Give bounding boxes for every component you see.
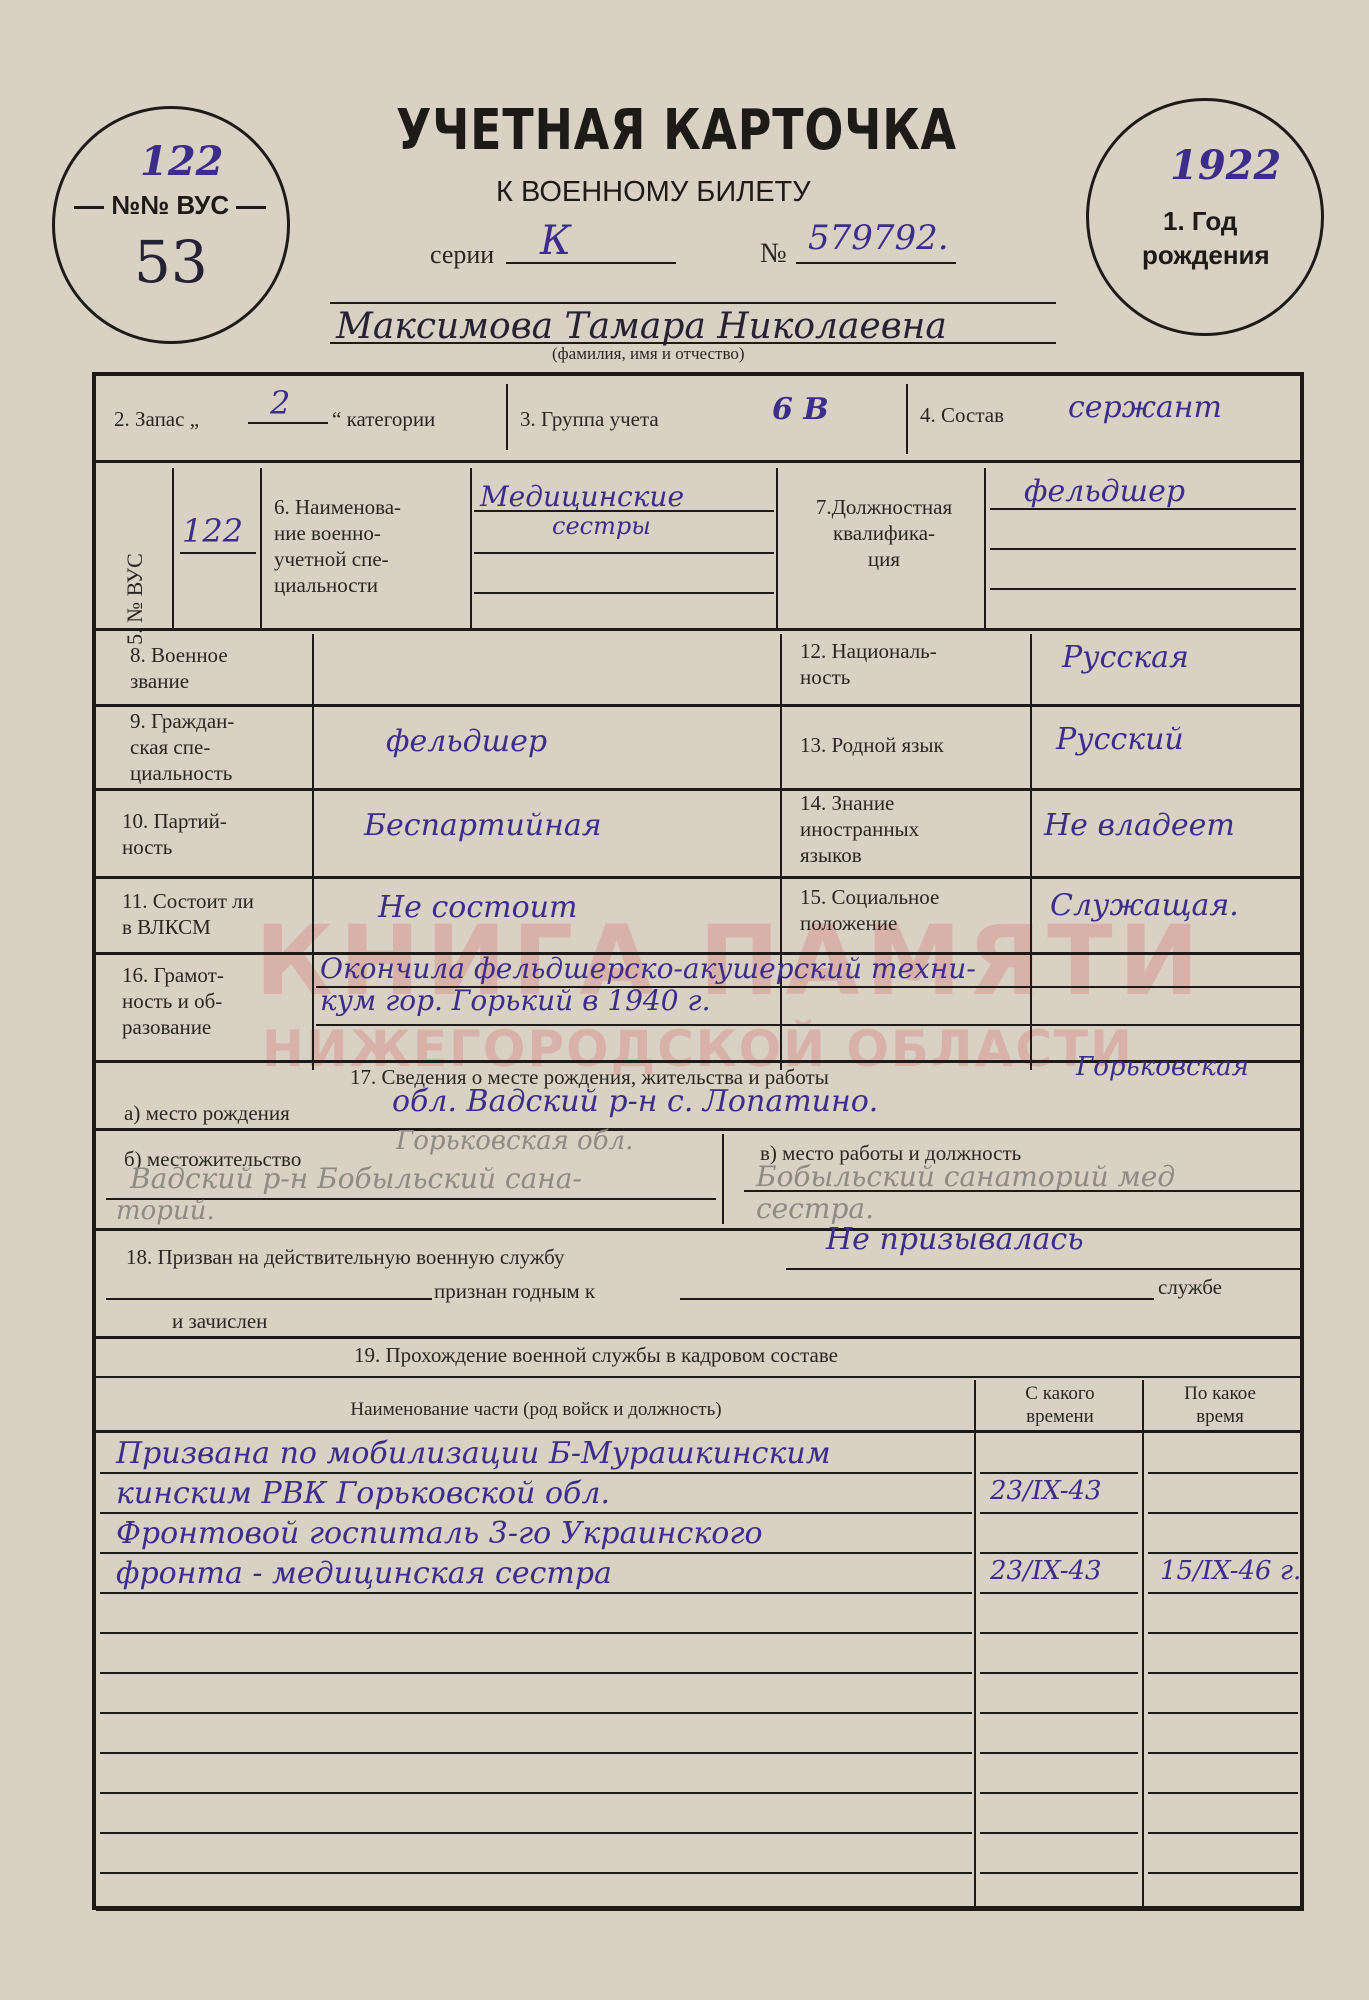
civil-specialty-label: 9. Граждан- ская спе- циальность xyxy=(130,708,234,786)
row-divider xyxy=(96,460,1300,463)
row-line xyxy=(980,1552,1138,1554)
job-label-line: квалифика- xyxy=(784,520,984,546)
reserve-underline xyxy=(248,422,328,424)
row-line xyxy=(1148,1632,1298,1634)
specialty-label-line: циальности xyxy=(274,572,401,598)
social-status-label: 15. Социальное положение xyxy=(800,884,939,936)
residence-value-1: Горьковская обл. xyxy=(396,1126,633,1156)
specialty-label-line: ние военно- xyxy=(274,520,401,546)
row-line xyxy=(100,1712,972,1714)
divider xyxy=(906,384,908,454)
row-line xyxy=(100,1752,972,1754)
education-label: 16. Грамот- ность и об- разование xyxy=(122,962,224,1040)
row-divider xyxy=(96,628,1300,631)
divider xyxy=(506,384,508,450)
job-label-line: ция xyxy=(784,546,984,572)
row-divider xyxy=(96,1336,1300,1339)
work-value-1: Бобыльский санаторий мед xyxy=(756,1160,1175,1193)
called-up-label: 18. Призван на действительную военную сл… xyxy=(126,1244,565,1270)
nationality-label-line: 12. Националь- xyxy=(800,638,937,664)
birthplace-value-2: обл. Вадский р-н с. Лопатино. xyxy=(392,1084,878,1119)
service-label: службе xyxy=(1158,1274,1222,1300)
party-label-line: ность xyxy=(122,834,227,860)
civil-label-line: ская спе- xyxy=(130,734,234,760)
number-underline xyxy=(796,262,956,264)
composition-value: сержант xyxy=(1068,390,1222,425)
birthplace-label: а) место рождения xyxy=(124,1100,290,1126)
composition-label: 4. Состав xyxy=(920,402,1004,428)
full-name-caption: (фамилия, имя и отчество) xyxy=(552,344,745,364)
divider xyxy=(1030,634,1032,1070)
civil-label-line: циальность xyxy=(130,760,234,786)
divider xyxy=(776,468,778,628)
birth-year-value: 1922 xyxy=(1170,142,1281,189)
vus-underline xyxy=(180,552,256,554)
row-line xyxy=(1148,1712,1298,1714)
row-line xyxy=(1148,1472,1298,1474)
column-header-from: С какого времени xyxy=(1000,1382,1120,1428)
service-from: 23/IX-43 xyxy=(990,1476,1102,1506)
row-line xyxy=(980,1512,1138,1514)
foreign-label-line: иностранных xyxy=(800,816,919,842)
divider xyxy=(780,634,782,1070)
specialty-name-label: 6. Наименова- ние военно- учетной спе- ц… xyxy=(274,494,401,598)
party-label: 10. Партий- ность xyxy=(122,808,227,860)
table-bottom-border xyxy=(96,1906,1304,1911)
vus-circle-top-value: 122 xyxy=(140,138,224,185)
residence-value-3: торий. xyxy=(116,1196,215,1226)
row-line xyxy=(980,1472,1138,1474)
specialty-label-line: учетной спе- xyxy=(274,546,401,572)
row-divider xyxy=(96,704,1300,707)
civil-specialty-value: фельдшер xyxy=(386,724,547,759)
name-top-line xyxy=(330,302,1056,304)
row-line xyxy=(100,1552,972,1554)
party-value: Беспартийная xyxy=(364,808,602,843)
row-line xyxy=(100,1672,972,1674)
birthplace-value-1: Горьковская xyxy=(1076,1052,1249,1082)
vus-number-label: 5. № ВУС xyxy=(122,544,148,654)
civil-label-line: 9. Граждан- xyxy=(130,708,234,734)
nationality-label-line: ность xyxy=(800,664,937,690)
row-divider xyxy=(96,876,1300,879)
row-line xyxy=(100,1512,972,1514)
rank-label-line: звание xyxy=(130,668,228,694)
row-divider xyxy=(96,788,1300,791)
fit-line-right xyxy=(680,1298,1154,1300)
table-right-border xyxy=(1300,372,1304,1910)
komsomol-value: Не состоит xyxy=(378,890,577,925)
native-language-value: Русский xyxy=(1056,722,1184,757)
reserve-label-prefix: 2. Запас „ xyxy=(114,406,199,432)
column-header-to: По какое время xyxy=(1160,1382,1280,1428)
komsomol-label-line: 11. Состоит ли xyxy=(122,888,254,914)
reserve-value: 2 xyxy=(270,384,290,422)
specialty-line xyxy=(474,592,774,594)
fit-line-left xyxy=(106,1298,432,1300)
komsomol-label: 11. Состоит ли в ВЛКСМ xyxy=(122,888,254,940)
education-line xyxy=(316,1024,1300,1026)
row-line xyxy=(980,1672,1138,1674)
number-value: 579792. xyxy=(808,218,949,258)
divider xyxy=(312,956,314,1060)
row-line xyxy=(1148,1592,1298,1594)
row-divider xyxy=(96,1128,1300,1131)
service-from: 23/IX-43 xyxy=(990,1556,1102,1586)
education-label-line: ность и об- xyxy=(122,988,224,1014)
vus-circle-bottom-value: 53 xyxy=(134,228,208,296)
divider xyxy=(722,1134,724,1224)
row-line xyxy=(1148,1752,1298,1754)
row-line xyxy=(1148,1672,1298,1674)
table-left-border xyxy=(92,372,96,1910)
birth-year-label-2: рождения xyxy=(1142,240,1270,271)
specialty-label-line: 6. Наименова- xyxy=(274,494,401,520)
row-divider xyxy=(96,1228,1300,1231)
row-line xyxy=(100,1472,972,1474)
page-subtitle: К ВОЕННОМУ БИЛЕТУ xyxy=(496,176,811,209)
row-divider xyxy=(96,1376,1300,1378)
divider xyxy=(172,468,174,628)
service-unit: кинским РВК Горьковской обл. xyxy=(116,1476,610,1511)
social-label-line: положение xyxy=(800,910,939,936)
vus-circle-label: №№ ВУС xyxy=(74,190,266,221)
column-divider xyxy=(974,1380,976,1906)
row-line xyxy=(980,1832,1138,1834)
reserve-label-suffix: “ категории xyxy=(332,406,435,432)
divider xyxy=(260,468,262,628)
row-line xyxy=(1148,1832,1298,1834)
specialty-name-value-2: сестры xyxy=(552,512,651,540)
row-line xyxy=(980,1712,1138,1714)
row-line xyxy=(980,1632,1138,1634)
foreign-languages-label: 14. Знание иностранных языков xyxy=(800,790,919,868)
foreign-label-line: 14. Знание xyxy=(800,790,919,816)
job-line xyxy=(990,508,1296,510)
row-line xyxy=(100,1632,972,1634)
row-line xyxy=(1148,1552,1298,1554)
job-line xyxy=(990,548,1296,550)
series-value: К xyxy=(540,218,571,264)
residence-value-2: Вадский р-н Бобыльский сана- xyxy=(130,1162,582,1195)
party-label-line: 10. Партий- xyxy=(122,808,227,834)
foreign-languages-value: Не владеет xyxy=(1044,808,1235,843)
row-line xyxy=(980,1872,1138,1874)
fit-label: признан годным к xyxy=(434,1278,595,1304)
page-title: УЧЕТНАЯ КАРТОЧКА xyxy=(396,98,957,163)
column-header-unit: Наименование части (род войск и должност… xyxy=(100,1398,972,1421)
table-top-border xyxy=(92,372,1304,376)
nationality-label: 12. Националь- ность xyxy=(800,638,937,690)
job-qualification-value: фельдшер xyxy=(1024,474,1185,509)
work-value-2: сестра. xyxy=(756,1192,874,1225)
specialty-line xyxy=(474,510,774,512)
row-line xyxy=(1148,1872,1298,1874)
service-unit: Призвана по мобилизации Б-Мурашкинским xyxy=(116,1436,831,1471)
row-line xyxy=(980,1752,1138,1754)
section19-title: 19. Прохождение военной службы в кадрово… xyxy=(354,1342,838,1368)
row-line xyxy=(980,1792,1138,1794)
birth-year-label-1: 1. Год xyxy=(1163,206,1237,237)
job-qualification-label: 7.Должностная квалифика- ция xyxy=(784,494,984,572)
education-label-line: 16. Грамот- xyxy=(122,962,224,988)
social-status-value: Служащая. xyxy=(1050,888,1239,923)
row-line xyxy=(100,1872,972,1874)
native-language-label: 13. Родной язык xyxy=(800,732,944,758)
divider xyxy=(470,468,472,628)
vus-number-value: 122 xyxy=(182,512,243,550)
social-label-line: 15. Социальное xyxy=(800,884,939,910)
vus-circle-label-text: №№ ВУС xyxy=(111,190,229,220)
row-line xyxy=(100,1792,972,1794)
series-label: серии xyxy=(430,240,494,270)
header-divider xyxy=(96,1430,1300,1433)
service-unit: фронта - медицинская сестра xyxy=(116,1556,612,1591)
number-label: № xyxy=(760,238,787,270)
row-line xyxy=(1148,1792,1298,1794)
nationality-value: Русская xyxy=(1062,640,1189,675)
row-line xyxy=(1148,1512,1298,1514)
enlisted-label: и зачислен xyxy=(172,1308,267,1334)
education-label-line: разование xyxy=(122,1014,224,1040)
job-label-line: 7.Должностная xyxy=(784,494,984,520)
rank-label-line: 8. Военное xyxy=(130,642,228,668)
column-divider xyxy=(1142,1380,1144,1906)
military-rank-label: 8. Военное звание xyxy=(130,642,228,694)
education-value-2: кум гор. Горький в 1940 г. xyxy=(320,984,710,1017)
komsomol-label-line: в ВЛКСМ xyxy=(122,914,254,940)
account-group-value: 6 В xyxy=(772,392,829,427)
education-value-1: Окончила фельдшерско-акушерский техни- xyxy=(320,952,976,985)
specialty-name-value-1: Медицинские xyxy=(480,480,684,513)
full-name: Максимова Тамара Николаевна xyxy=(336,306,947,347)
account-group-label: 3. Группа учета xyxy=(520,406,659,432)
row-line xyxy=(980,1592,1138,1594)
series-underline xyxy=(506,262,676,264)
job-line xyxy=(990,588,1296,590)
service-to: 15/IX-46 г. xyxy=(1160,1556,1301,1586)
divider xyxy=(984,468,986,628)
foreign-label-line: языков xyxy=(800,842,919,868)
called-up-value: Не призывалась xyxy=(826,1222,1084,1257)
row-line xyxy=(100,1832,972,1834)
service-unit: Фронтовой госпиталь 3-го Украинского xyxy=(116,1516,763,1551)
called-up-line xyxy=(786,1268,1300,1270)
specialty-line xyxy=(474,552,774,554)
row-line xyxy=(100,1592,972,1594)
